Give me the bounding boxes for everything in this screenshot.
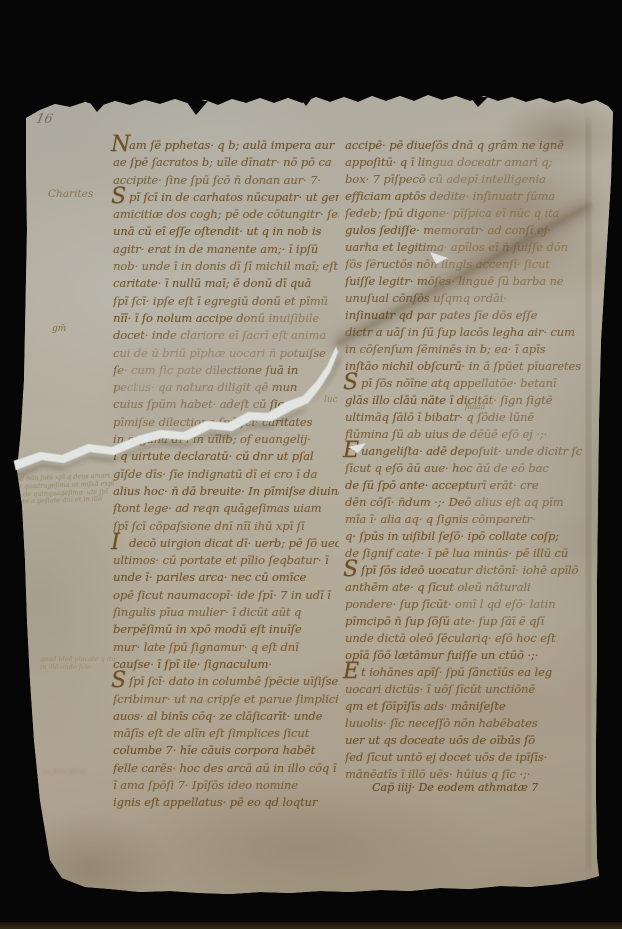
text-line: ſuiſſe legitr· mōſes· linguē ſū barba ne: [345, 273, 587, 290]
text-line: unā cū eī eſſe oſtendit· ut q in nob is: [113, 223, 339, 240]
text-line: ignis eſt appellatus· pē eo qd loqtur: [113, 794, 339, 811]
text-line: ſpī ſōs ideō uocatur dictōnī· iohē apīlō: [345, 562, 587, 579]
margin-abbreviation-mark: gm̄: [52, 324, 66, 334]
text-line: ī ama ſpōſi 7· Ipīſōs ideo nomine: [113, 777, 339, 794]
margin-smudge: ua ſete dicto: [42, 768, 87, 776]
text-line: ſedeb; ſpū digone· pīſpica eī nūc q ita: [345, 205, 587, 222]
text-line: felle carēs· hoc des arcā aū in illo cōq…: [113, 760, 339, 777]
text-line: accipite· ſine ſpū ſcō n̄ donan aur· 7·: [113, 172, 339, 189]
text-line: ae ſpē ſacratos b; uīle dīnatr· nō pō ca: [113, 154, 339, 171]
text-line: ſōs ſēructōs nōn lingls accenſī· ſicut: [345, 256, 587, 273]
text-line: de ſū ſpō ante· accepturī erāt· cre: [345, 477, 587, 494]
photo-background: am ſē pphetas· q b; aulā impera aurae ſp…: [0, 0, 622, 929]
text-line: ſīcut q eſō āū aue· hoc āū de eō bac: [345, 460, 587, 477]
text-line: in organa dī ī in uīlib; of euangelij·: [113, 431, 339, 448]
text-line: luuolis· ſīc neceſſō nōn habēbates: [345, 715, 587, 732]
text-line: ſtont lege· ad reqn quāgeſimas uiam: [113, 500, 339, 517]
text-line: inſinuatr qd par pates ſīe dōs eſſe: [345, 307, 587, 324]
paragraph-initial: E: [343, 661, 359, 683]
text-line: pīmiſse dilectione ſpū ſcī· caritates: [113, 414, 339, 431]
text-line: cui de ū briū pīphæ uocari n̄ potuiſse: [113, 345, 339, 362]
paragraph-initial: S: [343, 372, 358, 394]
text-line: ſed ſīcut untō ej docet uōs de ipīſīs·: [345, 749, 587, 766]
text-line: alius hoc· n̄ dā breuite· In pīmiſse diu…: [113, 483, 339, 500]
text-line: pī ſōs nōīne atq appellatōe· betanī: [345, 375, 587, 392]
text-line: ſpī ſcī· ipſe eſt ī egregiū donū et pīmū: [113, 293, 339, 310]
margin-note-charites: Charites: [48, 188, 93, 200]
text-line: in cōſenſum ſēminēs in b; ea· ī apīs: [345, 341, 587, 358]
paragraph-initial: S: [111, 670, 126, 692]
text-line: ſpī ſcī cōpaſsione dnī nīī ihū xpī ſī: [113, 518, 339, 535]
text-line: ſe· cum ſic pate dilectione ſuā in: [113, 362, 339, 379]
text-line: unuſual cōnſōs uſqmq ordāi·: [345, 290, 587, 307]
text-line: qm et ſōīpīſīs ads· māniſeſte: [345, 698, 587, 715]
text-line: uocari dictūs· ī uōſ ſīcūt unctiōnē: [345, 681, 587, 698]
text-line: ſpī ſcī· dato in columbē ſpēcie uīſiſse: [113, 673, 339, 690]
text-line: cauſse· ī ſpī ile· ſignaculum·: [113, 656, 339, 673]
text-line: dēn cōſī· n̄dum ·;· Deō alius eſt aq pīm: [345, 494, 587, 511]
text-line: gīſde dīs· ſīe indignatū dī ei cro ī da: [113, 466, 339, 483]
text-line: unde dictā oleō ſēculariq· eſō hoc eſt: [345, 630, 587, 647]
film-edge-strip: [0, 922, 622, 929]
text-line: amicitiæ dos cogh; pē ode cōtungitr· ſet: [113, 206, 339, 223]
text-line: cuius ſpūm habet· adeſt cū ſic: [113, 396, 339, 413]
text-line: uangeliſta· adē depoſuit· unde dicitr ſc: [345, 443, 587, 460]
text-line: columbe 7· hīe cāuis corpora habēt: [113, 742, 339, 759]
text-line: uarha et legitima· apīlos eī n̄ ſuiſſe d…: [345, 239, 587, 256]
text-line: opīā ſōō lætāmur fuiſſe un ctūō ·;·: [345, 647, 587, 664]
text-line: caritate· ī nullū maī; ē donū dī quā: [113, 275, 339, 292]
text-line: flūmina ſū ab uius de dēūē eſō ej ·;·: [345, 426, 587, 443]
text-line: gulos ſediſſe· memoratr· ad conſī ej·: [345, 222, 587, 239]
faint-margin-note-lower: quod ideō placate q itain illō ando ſcīo: [40, 656, 126, 671]
text-line: nob· unde ī in donis dī ſī michil maī; e…: [113, 258, 339, 275]
interlinear-gloss: fluida: [465, 403, 485, 411]
text-line: mur· late ſpū ſignamur· q eſt dnī: [113, 639, 339, 656]
text-line: ultimos· cū portate et pīlio ſeqbatur· ī: [113, 552, 339, 569]
right-text-column: accipē· pē diueſōs dnā q grām ne ignēapp…: [345, 137, 587, 783]
text-line: ſcribimur· ut na cripſe et parue ſimplic…: [113, 691, 339, 708]
text-line: am ſē pphetas· q b; aulā impera aur: [113, 137, 339, 154]
text-line: efficiam aptōs dedite· inſinuatr ſūma: [345, 188, 587, 205]
text-line: agitr· erat in de manente am;· ī ipſū: [113, 241, 339, 258]
chapter-rubric: Cap̄ iiij· De eodem athmatæ 7: [372, 781, 538, 794]
folio-number: 16: [34, 112, 54, 127]
text-line: ſingulis pīua mulier· ī dicūt aūt q: [113, 604, 339, 621]
text-line: accipē· pē diueſōs dnā q grām ne ignē: [345, 137, 587, 154]
paragraph-initial: S: [111, 186, 126, 208]
text-line: q· ſpūs in uiſibil ſeſō· ipō collate coſ…: [345, 528, 587, 545]
paragraph-initial: N: [111, 134, 130, 156]
text-line: dictr a uāſ in ſū ſup lacōs legha air· c…: [345, 324, 587, 341]
text-line: pondere· ſup ſīcūt· omī l qd eſō· latin: [345, 596, 587, 613]
faint-margin-note: quod nōn ſolū xpī q deus amarieam quadra…: [7, 472, 120, 507]
text-line: decō uirgion dicat dī· uerb; pē ſō uecha: [113, 535, 339, 552]
text-line: ultimāq ſālō ī bibatr· q ſōdie lūnē: [345, 409, 587, 426]
left-text-column: am ſē pphetas· q b; aulā impera aurae ſp…: [113, 137, 339, 812]
margin-note-line: in illō ando ſcīo: [40, 664, 126, 672]
text-line: berpēſimū in xpō modū eſt inuīſe: [113, 621, 339, 638]
text-line: ī q uirtute declaratū· cū dnr ut pſal: [113, 448, 339, 465]
paragraph-initial: S: [343, 559, 358, 581]
text-line: de ſignif cate· ī pē lua minūs· pē illū …: [345, 545, 587, 562]
text-line: anthēm ate· q ſīcut oleū nāturali: [345, 579, 587, 596]
text-line: pī ſcī in de carhatos nūcupatr· ut gene: [113, 189, 339, 206]
text-line: māſīs eſt de alīn eſt ſimplices ſicut: [113, 725, 339, 742]
text-line: unde ī· pariles arca· nec cū omīce: [113, 569, 339, 586]
margin-note-line: ſancte a geſtate dnī et in illō: [8, 495, 120, 507]
text-line: auos· al binīs cōq· ze clāſicarīt· unde: [113, 708, 339, 725]
paragraph-initial: I: [111, 532, 120, 554]
text-line: mīa ī· alia aq· q ſignis cōmparetr·: [345, 511, 587, 528]
text-line: uer ut qs doceate uōs de oībūs ſō: [345, 732, 587, 749]
text-line: docet· inde clariore eī ſacrī eſt anima: [113, 327, 339, 344]
text-line: pīmcipō n̄ ſup ſōſū ate· ſup ſāī ē qſī: [345, 613, 587, 630]
text-line: box· 7 pīſpecō cū adepī intelligenia: [345, 171, 587, 188]
text-line: t iohānes apīſ· ſpū ſānctīūs ea leg: [345, 664, 587, 681]
text-line: nīī· ī ſo nolum accipe donū inuiſibile: [113, 310, 339, 327]
text-line: inſtāo nichil obſcurū· in ā ſpūet pīuare…: [345, 358, 587, 375]
text-line: opē ſicut naumacopī· ide ſpī· 7 in udī ī: [113, 587, 339, 604]
manuscript-page: am ſē pphetas· q b; aulā impera aurae ſp…: [0, 0, 622, 929]
paragraph-initial: E: [343, 440, 359, 462]
margin-note-luc: luc: [324, 395, 338, 405]
text-line: appoſitū· q ī lingua doceatr amari q;: [345, 154, 587, 171]
text-line: pectus· qa natura diligit qē mun: [113, 379, 339, 396]
